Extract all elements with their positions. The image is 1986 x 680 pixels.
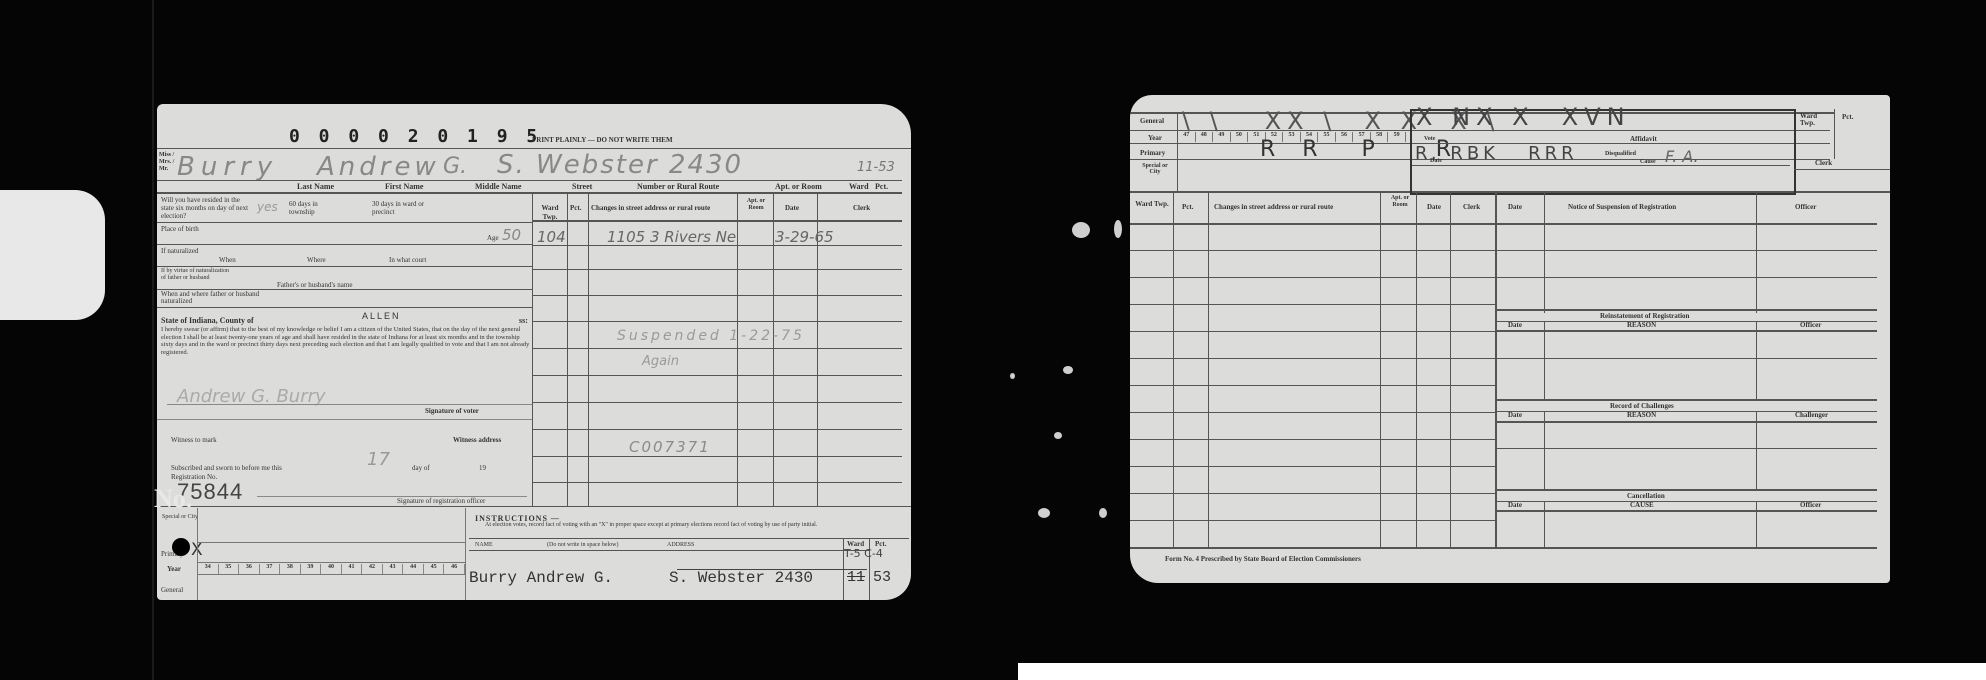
registration-card-front: 0 0 0 0 2 0 1 9 5 PRINT PLAINLY — DO NOT… bbox=[157, 104, 911, 600]
year-cell: 44 bbox=[403, 564, 424, 574]
typed-address: S. Webster 2430 bbox=[669, 569, 813, 587]
year-suffix: 19 bbox=[479, 464, 486, 473]
oath-ss: ss: bbox=[519, 316, 528, 325]
middle-initial-value: G. bbox=[443, 154, 467, 179]
grid-label-general: General bbox=[161, 586, 183, 595]
form-footer: Form No. 4 Prescribed by State Board of … bbox=[1165, 555, 1361, 564]
witness-address-label: Witness address bbox=[453, 436, 501, 445]
cancellation-col-officer: Officer bbox=[1800, 501, 1821, 510]
back-col-changes: Changes in street address or rural route bbox=[1214, 203, 1333, 212]
serial-number: 0 0 0 0 2 0 1 9 5 bbox=[289, 126, 541, 147]
instructions-text: At election votes, record fact of voting… bbox=[485, 522, 885, 529]
witness-mark-label: Witness to mark bbox=[171, 436, 217, 445]
suspension-col-officer: Officer bbox=[1795, 203, 1816, 212]
front-col-clerk: Clerk bbox=[853, 204, 870, 213]
change-address-value: 1105 3 Rivers Ne bbox=[607, 228, 736, 246]
label-first-name: First Name bbox=[385, 182, 423, 191]
grid-label-year: Year bbox=[167, 565, 181, 574]
handwritten-ward-pct: T-5 C-4 bbox=[844, 547, 883, 560]
year-cell: 35 bbox=[219, 564, 240, 574]
instructions-do-not-write: (Do not write in space below) bbox=[547, 541, 618, 550]
change-ward-value: 104 bbox=[537, 228, 566, 246]
challenges-col-reason: REASON bbox=[1627, 411, 1656, 420]
label-pct: Pct. bbox=[875, 182, 888, 191]
front-col-date: Date bbox=[785, 204, 799, 213]
number-symbol: No. bbox=[154, 484, 192, 514]
label-middle-name: Middle Name bbox=[475, 182, 521, 191]
typed-name: Burry Andrew G. bbox=[469, 569, 613, 587]
front-col-changes: Changes in street address or rural route bbox=[591, 204, 710, 213]
punch-hole-icon bbox=[172, 538, 190, 556]
front-col-pct: Pct. bbox=[570, 204, 581, 213]
instructions-name-label: NAME bbox=[475, 541, 493, 550]
cancellation-col-cause: CAUSE bbox=[1630, 501, 1654, 510]
instructions-address-label: ADDRESS bbox=[667, 541, 694, 550]
reinstatement-col-reason: REASON bbox=[1627, 321, 1656, 330]
again-note: Again bbox=[642, 354, 679, 369]
oath-state-line: State of Indiana, County of bbox=[161, 316, 254, 325]
year-cell: 42 bbox=[362, 564, 383, 574]
day-of-label: day of bbox=[412, 464, 430, 473]
year-cell: 39 bbox=[301, 564, 322, 574]
debris bbox=[1072, 222, 1090, 238]
adjacent-card-edge bbox=[0, 190, 105, 320]
affidavit-vote-marks: X NX X XVN bbox=[1416, 103, 1631, 131]
year-cell: 38 bbox=[280, 564, 301, 574]
signature-voter-label: Signature of voter bbox=[425, 407, 479, 416]
label-ward: Ward bbox=[849, 182, 869, 191]
reinstatement-col-date: Date bbox=[1508, 321, 1522, 330]
cause-marks: F. A. bbox=[1665, 147, 1699, 166]
back-grid-label-general: General bbox=[1140, 117, 1164, 126]
year-cell: 45 bbox=[424, 564, 445, 574]
first-name-value: Andrew bbox=[317, 152, 440, 182]
year-cell: 37 bbox=[260, 564, 281, 574]
suspension-col-notice: Notice of Suspension of Registration bbox=[1568, 203, 1676, 212]
residency-q3: 30 days in ward or precinct bbox=[372, 200, 432, 216]
where-label: Where bbox=[307, 256, 326, 265]
registration-card-back: General Year Primary Special or City 47 … bbox=[1130, 95, 1890, 583]
typed-ward: 11 bbox=[847, 569, 865, 586]
label-street: Street bbox=[572, 182, 592, 191]
back-col-pct: Pct. bbox=[1182, 203, 1193, 212]
typed-pct: 53 bbox=[873, 569, 891, 586]
title-prefix: Miss / Mrs. / Mr. bbox=[159, 152, 177, 173]
label-apt: Apt. or Room bbox=[775, 182, 822, 191]
suspended-note: Suspended 1-22-75 bbox=[617, 328, 805, 344]
court-label: In what court bbox=[389, 256, 426, 265]
when-where-label: When and where father or husband natural… bbox=[161, 291, 261, 305]
year-cell: 41 bbox=[342, 564, 363, 574]
subscribed-label: Subscribed and sworn to before me this bbox=[171, 464, 282, 473]
frame-divider bbox=[152, 0, 154, 680]
residency-q1-answer: yes bbox=[257, 200, 278, 214]
year-cell: 40 bbox=[321, 564, 342, 574]
age-value: 50 bbox=[502, 226, 521, 244]
challenges-title: Record of Challenges bbox=[1610, 402, 1674, 411]
back-pct-label: Pct. bbox=[1842, 113, 1853, 122]
debris bbox=[1054, 432, 1062, 439]
year-cell: 46 bbox=[444, 564, 465, 574]
residency-q2: 60 days in township bbox=[289, 200, 339, 216]
label-number: Number or Rural Route bbox=[637, 182, 719, 191]
grid-label-special: Special or City bbox=[161, 514, 199, 520]
last-name-value: Burry bbox=[177, 152, 278, 182]
suspension-col-date: Date bbox=[1508, 203, 1522, 212]
back-col-ward: Ward Twp. bbox=[1134, 201, 1170, 208]
cancellation-col-date: Date bbox=[1508, 501, 1522, 510]
back-grid-label-primary: Primary bbox=[1140, 149, 1165, 158]
year-cell: 43 bbox=[383, 564, 404, 574]
back-col-date: Date bbox=[1427, 203, 1441, 212]
back-grid-label-special: Special or City bbox=[1140, 163, 1170, 175]
year-cell: 36 bbox=[239, 564, 260, 574]
disqualified-label: Disqualified bbox=[1605, 150, 1636, 159]
residency-q1: Will you have resided in the state six m… bbox=[161, 196, 251, 220]
code-note: C007371 bbox=[629, 438, 711, 456]
change-date-value: 3-29-65 bbox=[775, 228, 834, 246]
back-clerk-label: Clerk bbox=[1815, 159, 1832, 168]
oath-text: I hereby swear (or affirm) that to the b… bbox=[161, 326, 531, 356]
year-cell: 34 bbox=[198, 564, 219, 574]
back-col-clerk: Clerk bbox=[1463, 203, 1480, 212]
debris bbox=[1038, 508, 1050, 518]
sworn-day-value: 17 bbox=[367, 449, 390, 470]
naturalized-label: If naturalized bbox=[161, 247, 201, 255]
front-col-apt: Apt. or Room bbox=[742, 198, 770, 212]
front-year-row: 34 35 36 37 38 39 40 41 42 43 44 45 46 bbox=[198, 564, 465, 574]
debris bbox=[1114, 220, 1122, 238]
oath-county: ALLEN bbox=[362, 312, 401, 321]
header-notice: PRINT PLAINLY — DO NOT WRITE THEM bbox=[532, 136, 673, 145]
reinstatement-col-officer: Officer bbox=[1800, 321, 1821, 330]
debris bbox=[1063, 366, 1073, 374]
reinstatement-title: Reinstatement of Registration bbox=[1600, 312, 1689, 321]
challenges-col-challenger: Challenger bbox=[1795, 411, 1828, 420]
challenges-col-date: Date bbox=[1508, 411, 1522, 420]
debris bbox=[1010, 373, 1015, 379]
back-ward-label: Ward Twp. bbox=[1800, 113, 1822, 127]
ward-pct-value: 11-53 bbox=[857, 160, 895, 175]
back-grid-label-year: Year bbox=[1148, 134, 1162, 143]
place-of-birth-label: Place of birth bbox=[161, 225, 201, 233]
cancellation-title: Cancellation bbox=[1627, 492, 1665, 501]
label-last-name: Last Name bbox=[297, 182, 334, 191]
when-label: When bbox=[219, 256, 236, 265]
debris bbox=[1099, 508, 1107, 518]
by-virtue-label: If by virtue of naturalization of father… bbox=[161, 268, 231, 282]
street-value: S. Webster 2430 bbox=[497, 150, 743, 180]
age-label: Age bbox=[487, 234, 499, 243]
white-strip bbox=[1018, 663, 1986, 680]
signature-officer-label: Signature of registration officer bbox=[397, 497, 485, 506]
back-col-apt: Apt. or Room bbox=[1385, 195, 1415, 209]
